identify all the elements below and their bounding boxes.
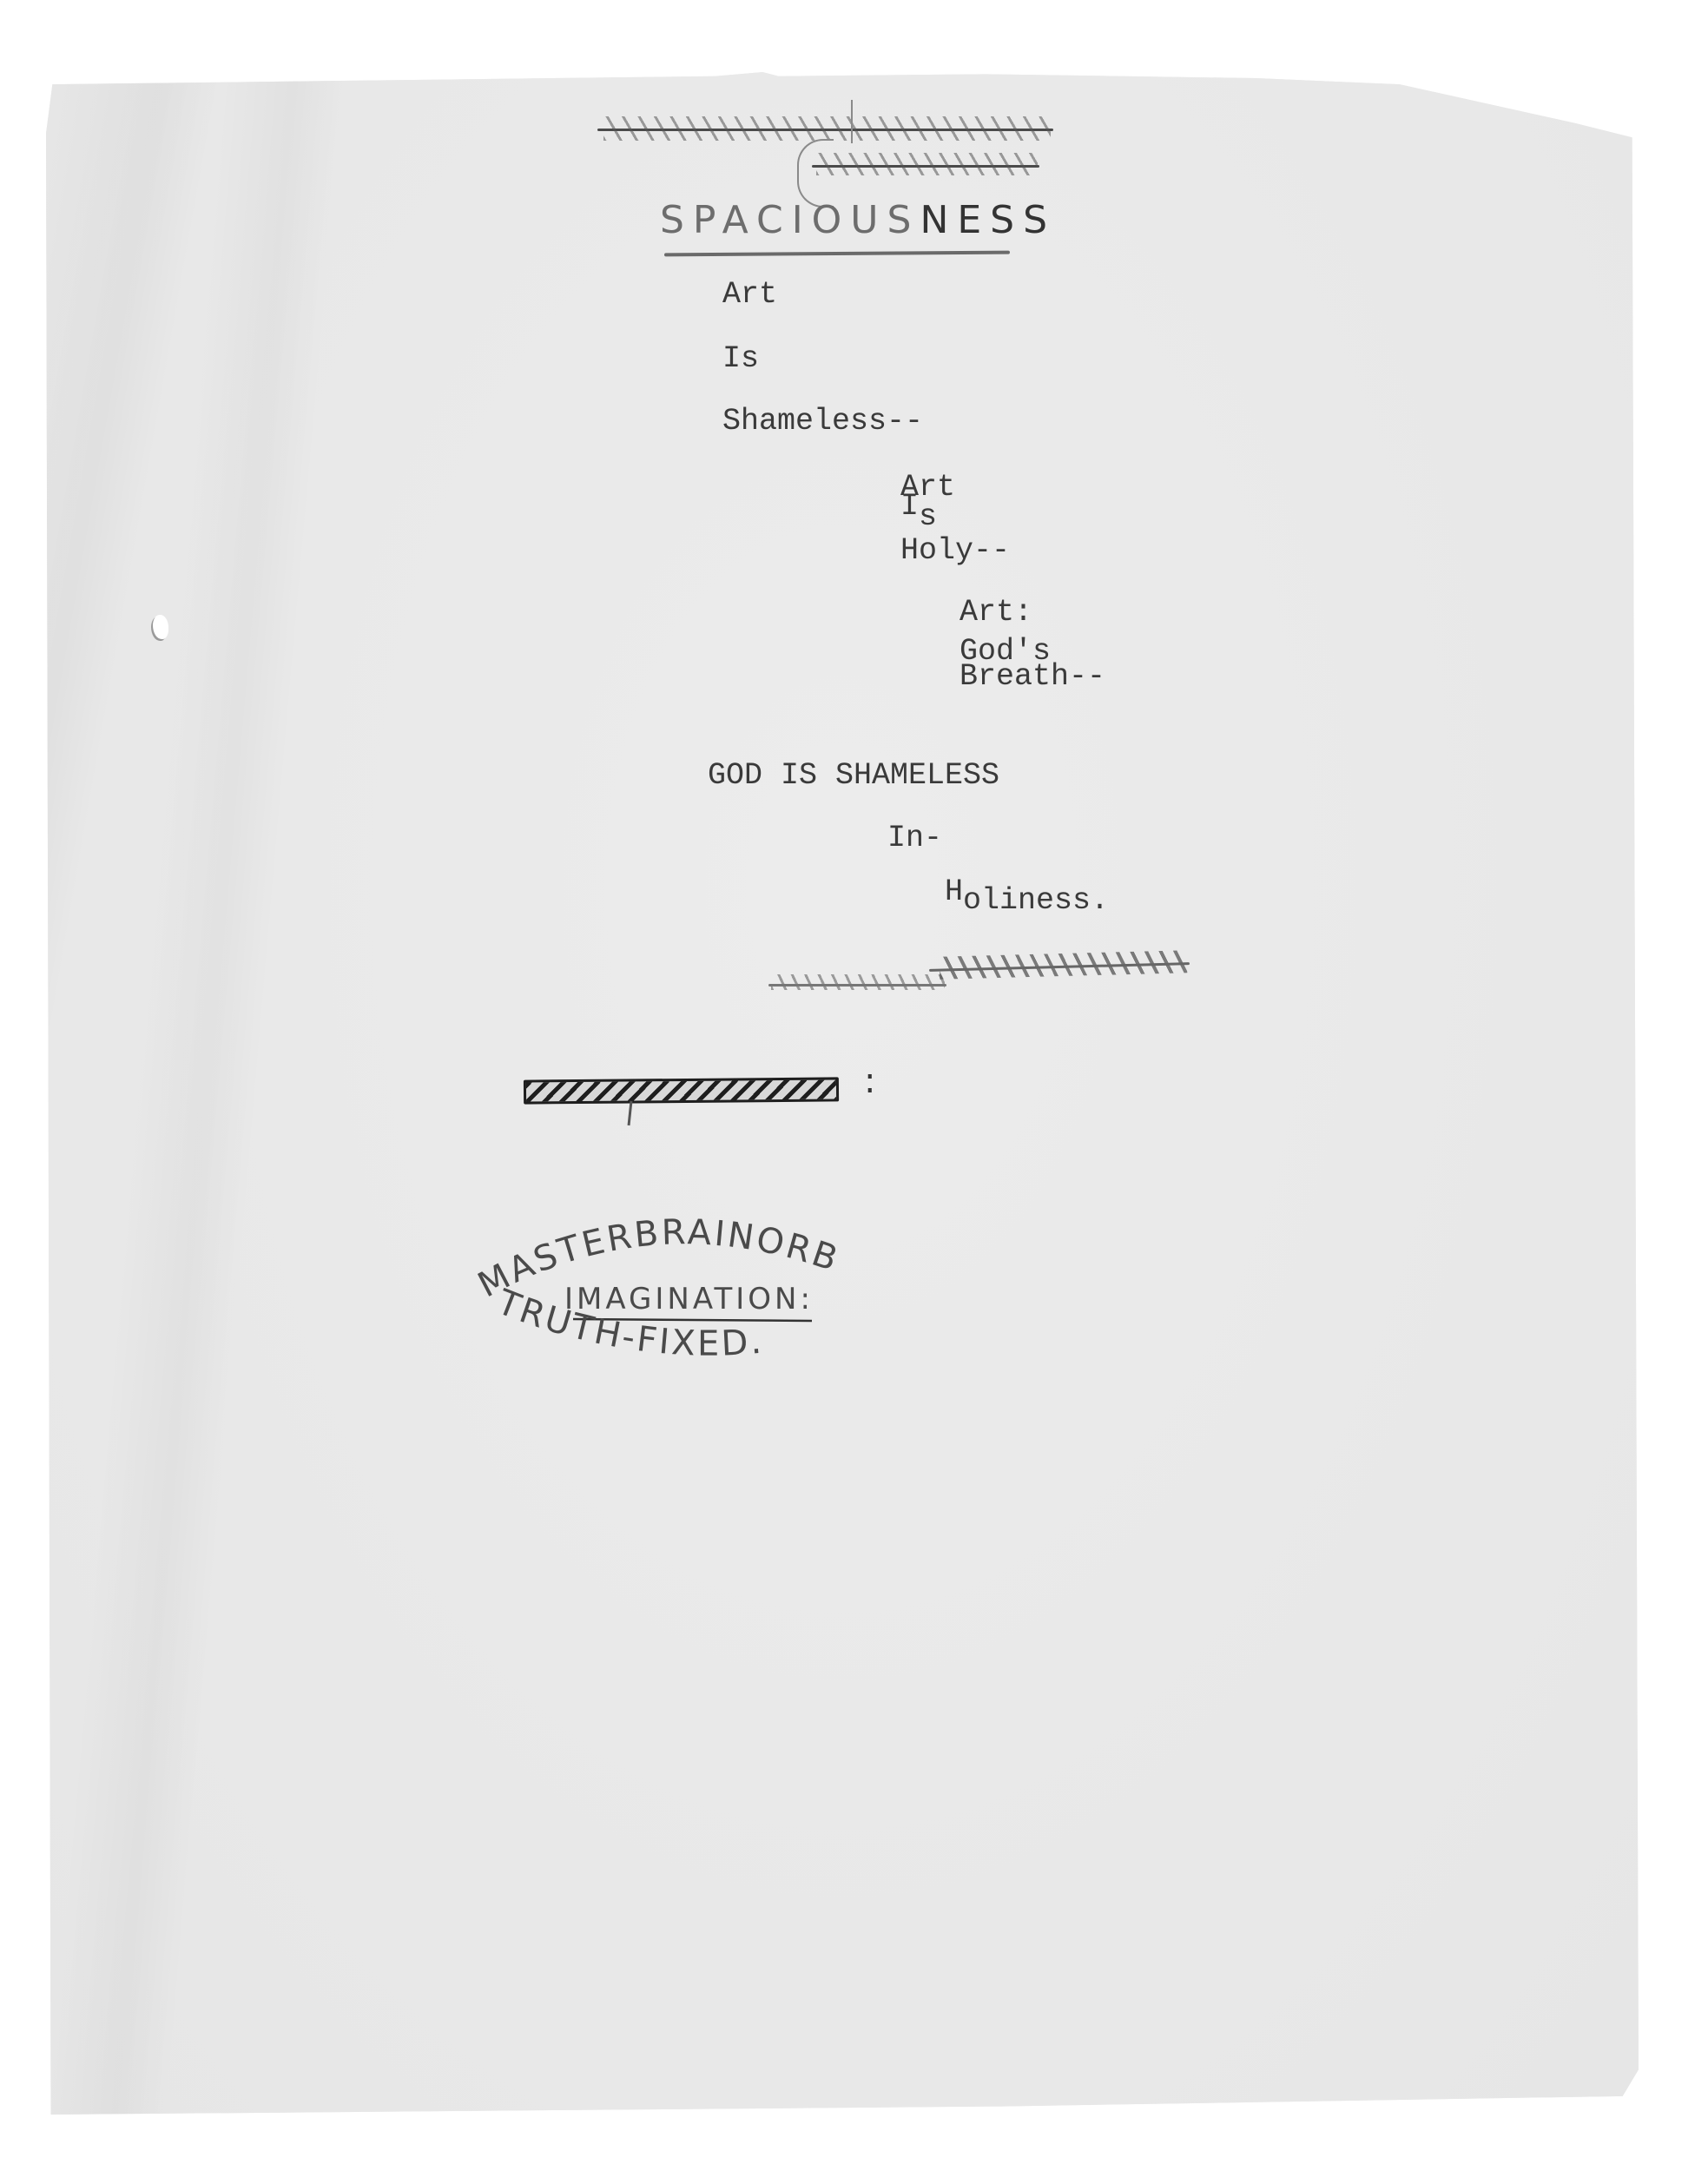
stanza2-line2-I: I [900,492,919,522]
stanza1-line2: Is [722,344,759,374]
handwritten-footer: MASTERBRAINORB IMAGINATION: TRUTH-FIXED. [460,1203,946,1411]
handwritten-title: SPACIOUSNESS [660,198,1056,242]
title-part-spacious: SPACIOUS [660,198,920,242]
stanza1-line3: Shameless-- [722,406,923,437]
strike-line-3 [768,984,946,987]
title-part-ness: NESS [920,198,1056,242]
closing-line2: In- [887,823,942,854]
footer-middle: IMAGINATION: [564,1282,814,1316]
scribble-1 [603,116,1051,141]
blotted-word [524,1077,839,1104]
closing-line3-H: H [945,877,963,907]
scribble-2 [816,153,1038,175]
paper-sheet [46,72,1639,2115]
stanza2-line3: Holy-- [900,536,1010,566]
stanza2-line2-s: s [919,502,937,532]
closing-line1: GOD IS SHAMELESS [708,761,999,791]
insertion-mark-stem [851,100,853,143]
stanza3-line3: Breath-- [960,662,1105,692]
closing-line3-rest: oliness. [963,886,1109,916]
stanza1-line1: Art [722,280,777,310]
paper-hole [153,615,168,639]
stanza3-line1: Art: [960,597,1032,628]
struck-word-lower [771,974,945,990]
blotted-suffix-colon: : [864,1061,875,1101]
